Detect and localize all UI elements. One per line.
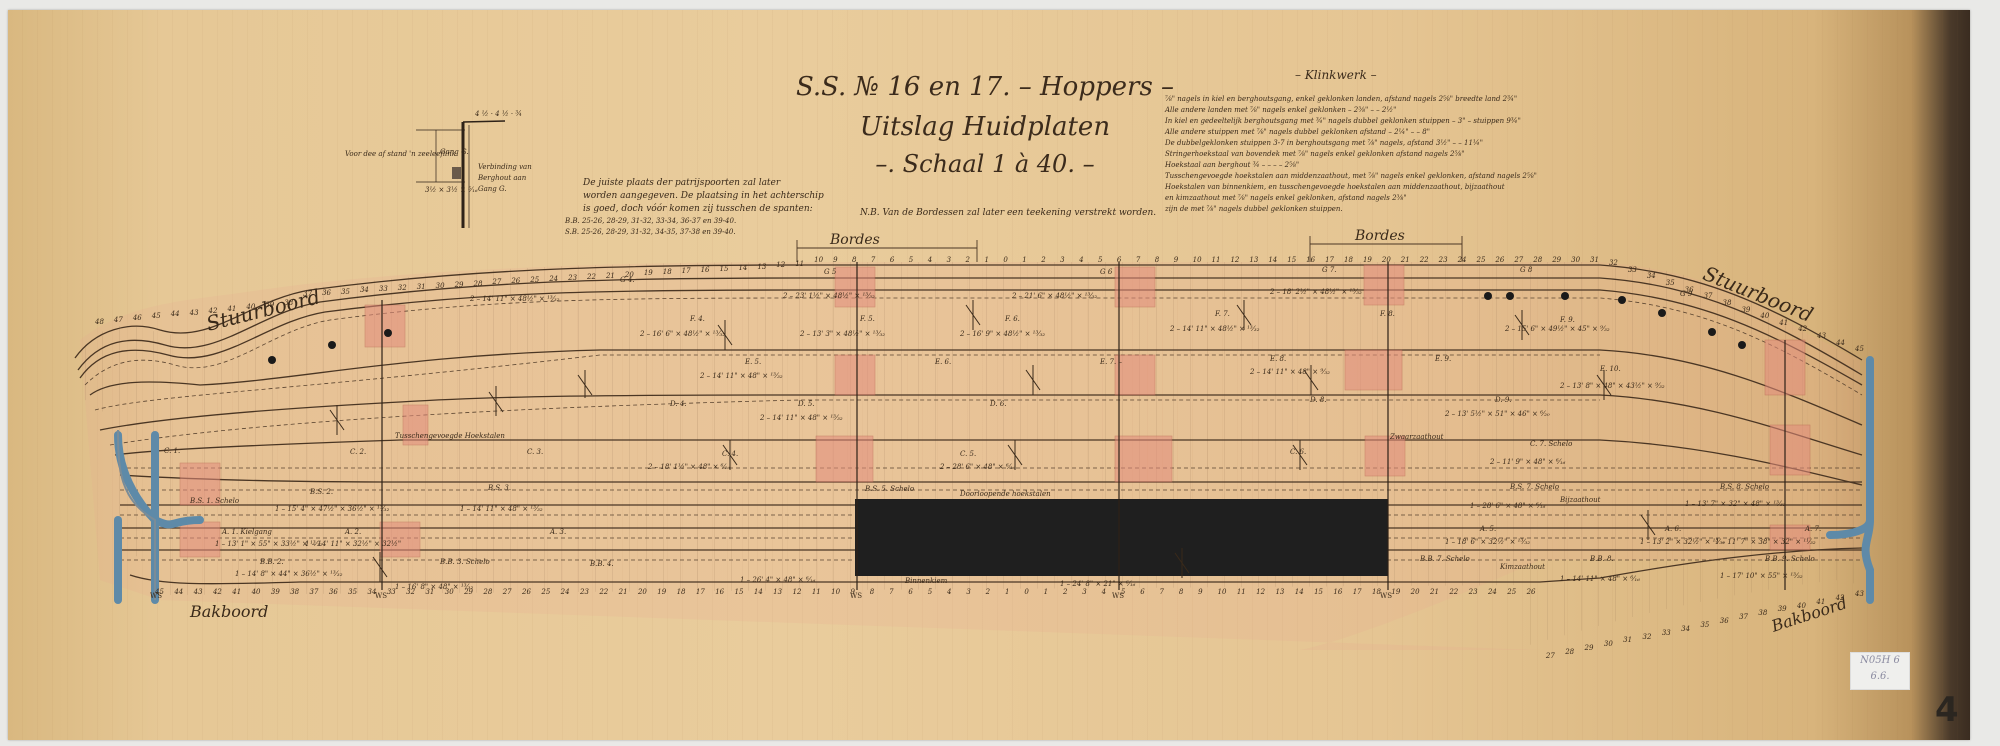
archive-label-line-1: N05H 6: [1851, 653, 1909, 669]
bordes-label-2: Bordes: [1355, 228, 1405, 244]
frame-number: 4: [1079, 256, 1083, 264]
frame-number: 9: [833, 256, 837, 264]
title-line-3: –. Schaal 1 à 40. –: [790, 150, 1180, 178]
strake-label: B.S. 2.: [310, 488, 333, 496]
frame-number: 21: [1430, 588, 1439, 596]
frame-number: 40: [246, 303, 255, 311]
strake-label: E. 10.: [1600, 365, 1621, 373]
frame-number: 23: [580, 588, 589, 596]
frame-number: 35: [1666, 279, 1675, 287]
plate-dim: 1 – 14' 8" × 44" × 36½" × ¹³⁄₃₂: [235, 570, 343, 578]
frame-number: 24: [561, 588, 570, 596]
frame-number: 7: [1136, 256, 1140, 264]
frame-number: 23: [1469, 588, 1478, 596]
frame-number: 17: [682, 267, 691, 275]
frame-number: 32: [1643, 633, 1652, 641]
frame-number: 30: [1571, 256, 1580, 264]
frame-number: 2: [966, 256, 970, 264]
frame-number: 6: [1140, 588, 1144, 596]
frame-number: 5: [1121, 588, 1125, 596]
strake-label: A. 6.: [1665, 525, 1681, 533]
frame-number: 2: [1063, 588, 1067, 596]
strake-label: E. 9.: [1435, 355, 1451, 363]
frame-number: 34: [360, 286, 369, 294]
strake-label: D. 6.: [990, 400, 1007, 408]
klinkwerk-line: Alle andere landen met ⅞" nagels enkel g…: [1165, 106, 1396, 114]
frame-number: 26: [511, 277, 520, 285]
klinkwerk-line: De dubbelgeklonken stuippen 3-7 in bergh…: [1165, 139, 1483, 147]
frame-number: 29: [1552, 256, 1561, 264]
frame-number: 38: [1723, 299, 1732, 307]
frame-number: 12: [1230, 256, 1239, 264]
frame-number: 43: [194, 588, 203, 596]
frame-number: 4: [928, 256, 932, 264]
klinkwerk-heading: – Klinkwerk –: [1295, 68, 1377, 82]
plate-dim: 2 – 18' 2½" × 48½" × ¹³⁄₃₂: [1270, 288, 1362, 296]
strake-label: E. 6.: [935, 358, 951, 366]
plate-dim: 1 – 14' 11" × 32½" × 32½": [305, 540, 401, 548]
strake-label: A. 3.: [550, 528, 566, 536]
klinkwerk-line: zijn de met ⅞" nagels dubbel geklonken s…: [1165, 205, 1343, 213]
frame-number: 0: [1024, 588, 1028, 596]
frame-number: 16: [1333, 588, 1342, 596]
plate-dim: 2 – 28' 6" × 48" × ⁶⁄₁₆: [940, 463, 1015, 471]
frame-number: 19: [1363, 256, 1372, 264]
strake-label: C. 3.: [527, 448, 543, 456]
frame-number: 10: [1218, 588, 1227, 596]
frame-number: 46: [133, 314, 142, 322]
frame-number: 17: [696, 588, 705, 596]
frame-number: 20: [638, 588, 647, 596]
frame-number: 43: [1817, 332, 1826, 340]
frame-number: 22: [1420, 256, 1429, 264]
frame-number: 31: [417, 283, 426, 291]
frame-number: 26: [522, 588, 531, 596]
strake-label: B.B. 4.: [590, 560, 614, 568]
detail-dim-top: 4 ½ · 4 ½ · ¾: [475, 110, 522, 118]
plate-dim: 2 – 13' 5½" × 51" × 46" × ⁶⁄₂₀: [1445, 410, 1550, 418]
frame-number: 41: [1779, 319, 1788, 327]
note-line: De juiste plaats der patrijspoorten zal …: [583, 178, 780, 188]
plate-dim: 2 – 14' 11" × 48" × ¹³⁄₃₂: [700, 372, 783, 380]
frame-number: 12: [793, 588, 802, 596]
frame-number: 1: [1005, 588, 1009, 596]
frame-number: 42: [209, 307, 218, 315]
strake-label: F. 7.: [1215, 310, 1230, 318]
frame-number: 33: [387, 588, 396, 596]
strake-label: F. 5.: [860, 315, 875, 323]
frame-number: 37: [310, 588, 319, 596]
frame-number: 28: [1533, 256, 1542, 264]
frame-number: 26: [1527, 588, 1536, 596]
frame-number: 9: [850, 588, 854, 596]
note-line: B.B. 25-26, 28-29, 31-32, 33-34, 36-37 e…: [565, 217, 736, 225]
strake-label: C. 6.: [1290, 448, 1306, 456]
frame-number: 22: [1449, 588, 1458, 596]
strake-label: B.B. 9. Schelo: [1765, 555, 1815, 563]
frame-number: 3: [1060, 256, 1064, 264]
plate-dim: 1 – 14' 11" × 48" × ⁶⁄₁₆: [1560, 575, 1640, 583]
frame-number: 18: [1344, 256, 1353, 264]
plate-dim: 2 – 13' 3" × 48½" × ¹³⁄₃₂: [800, 330, 885, 338]
frame-number: 7: [871, 256, 875, 264]
frame-number: 33: [1628, 266, 1637, 274]
frame-number: 27: [503, 588, 512, 596]
frame-number: 24: [1488, 588, 1497, 596]
strake-label: F. 8.: [1380, 310, 1395, 318]
frame-number: 20: [625, 271, 634, 279]
klinkwerk-line: ⅞" nagels in kiel en berghoutsgang, enke…: [1165, 95, 1517, 103]
frame-number: 8: [852, 256, 856, 264]
frame-number: 13: [757, 263, 766, 271]
frame-number: 45: [1855, 345, 1864, 353]
frame-number: 18: [677, 588, 686, 596]
frame-number: 11: [795, 260, 804, 268]
frame-number: 40: [1760, 312, 1769, 320]
frame-number: 48: [95, 318, 104, 326]
strake-label: B.B. 8.: [1590, 555, 1614, 563]
strake-label: G 8: [1520, 266, 1532, 274]
frame-number: 42: [1836, 594, 1845, 602]
frame-number: 25: [1507, 588, 1516, 596]
longitudinal-label: Bijzaathout: [1560, 496, 1600, 504]
title-line-2: Uitslag Huidplaten: [790, 112, 1180, 142]
strake-label: D. 8.: [1310, 396, 1327, 404]
frame-number: 27: [1514, 256, 1523, 264]
frame-number: 15: [1287, 256, 1296, 264]
frame-number: 41: [232, 588, 241, 596]
strake-label: B.B. 7. Schelo: [1420, 555, 1470, 563]
strake-label: E. 5.: [745, 358, 761, 366]
frame-number: 38: [1758, 609, 1767, 617]
frame-number: 38: [284, 299, 293, 307]
frame-number: 16: [1306, 256, 1315, 264]
frame-number: 40: [1797, 602, 1806, 610]
frame-number: 13: [773, 588, 782, 596]
strake-label: C. 2.: [350, 448, 366, 456]
plate-dim: 1 – 13' 2" × 32½" × ¹³⁄₃₂: [1640, 538, 1725, 546]
frame-number: 6: [908, 588, 912, 596]
frame-number: 28: [1565, 648, 1574, 656]
frame-number: 17: [1325, 256, 1334, 264]
frame-number: 41: [1816, 598, 1825, 606]
frame-number: 31: [1590, 256, 1599, 264]
frame-number: 35: [341, 288, 350, 296]
frame-number: 14: [1295, 588, 1304, 596]
frame-number: 32: [1609, 259, 1618, 267]
frame-number: 23: [568, 274, 577, 282]
frame-number: 39: [1778, 605, 1787, 613]
bordes-note: N.B. Van de Bordessen zal later een teek…: [860, 208, 1156, 218]
frame-number: 0: [1003, 256, 1007, 264]
longitudinal-label: Tusschengevoegde Hoekstalen: [395, 432, 505, 440]
longitudinal-label: Zwaarzaathout: [1390, 433, 1443, 441]
frame-number: 1: [984, 256, 988, 264]
frame-number: 26: [1495, 256, 1504, 264]
frame-number: 36: [322, 289, 331, 297]
strake-label: C. 4.: [722, 450, 738, 458]
frame-number: 11: [1212, 256, 1221, 264]
frame-number: 20: [1411, 588, 1420, 596]
klinkwerk-line: Hoekstalen van binnenkiem, en tusschenge…: [1165, 183, 1505, 191]
frame-number: 7: [1160, 588, 1164, 596]
plate-dim: 1 – 11' 7" × 38" × 32" × ¹¹⁄₃₂: [1715, 538, 1816, 546]
strake-label: E. 8.: [1270, 355, 1286, 363]
plate-dim: 2 – 13' 8" × 48" × 43½" × ⁹⁄₃₂: [1560, 382, 1665, 390]
plate-dim: 2 – 16' 6" × 48½" × ¹³⁄₃₂: [640, 330, 725, 338]
strake-label: C. 5.: [960, 450, 976, 458]
frame-number: 12: [1256, 588, 1265, 596]
frame-number: 33: [1662, 629, 1671, 637]
frame-number: 2: [1041, 256, 1045, 264]
frame-number: 5: [909, 256, 913, 264]
strake-label: D. 4.: [670, 400, 687, 408]
frame-number: 15: [1314, 588, 1323, 596]
frame-number: 27: [492, 278, 501, 286]
frame-number: 15: [735, 588, 744, 596]
frame-number: 11: [812, 588, 821, 596]
klinkwerk-line: Tusschengevoegde hoekstalen aan middenza…: [1165, 172, 1537, 180]
plate-dim: 1 – 24' 8" × 21" × ⁶⁄₁₆: [1060, 580, 1135, 588]
strake-label: D. 5.: [798, 400, 815, 408]
frame-number: 44: [171, 310, 180, 318]
frame-number: 47: [114, 316, 123, 324]
frame-number: 29: [1585, 644, 1594, 652]
plate-dim: 2 – 14' 11" × 48" × ¹³⁄₃₂: [760, 414, 843, 422]
frame-number: 8: [1179, 588, 1183, 596]
frame-number: 13: [1249, 256, 1258, 264]
strake-label: C. 1.: [164, 447, 180, 455]
frame-number: 1: [1044, 588, 1048, 596]
frame-number: 28: [483, 588, 492, 596]
frame-number: 21: [619, 588, 628, 596]
frame-number: 8: [870, 588, 874, 596]
archive-label-line-2: 6.6.: [1851, 669, 1909, 685]
frame-number: 25: [1477, 256, 1486, 264]
klinkwerk-line: Stringerhoekstaal van bovendek met ⅞" na…: [1165, 150, 1464, 158]
klinkwerk-line: Alle andere stuippen met ⅞" nagels dubbe…: [1165, 128, 1430, 136]
frame-number: 21: [606, 272, 615, 280]
frame-number: 44: [1836, 339, 1845, 347]
note-line: S.B. 25-26, 28-29, 31-32, 34-35, 37-38 e…: [565, 228, 736, 236]
frame-number: 2: [986, 588, 990, 596]
frame-number: 5: [1098, 256, 1102, 264]
plate-dim: 2 – 14' 11" × 48" × ⁹⁄₃₂: [1250, 368, 1330, 376]
black-block: [855, 499, 1388, 576]
frame-number: 3: [947, 256, 951, 264]
frame-number: 22: [587, 273, 596, 281]
detail-dim-bottom: 3½ × 3½ × ⁵⁄₁₆: [425, 186, 478, 194]
frame-number: 36: [329, 588, 338, 596]
longitudinal-label: Kimzaathout: [1500, 563, 1545, 571]
title-line-1: S.S. № 16 en 17. – Hoppers –: [790, 72, 1180, 102]
frame-number: 39: [265, 301, 274, 309]
frame-number: 37: [303, 290, 312, 298]
frame-number: 18: [1372, 588, 1381, 596]
frame-number: 11: [1237, 588, 1246, 596]
frame-number: 5: [928, 588, 932, 596]
strake-label: F. 6.: [1005, 315, 1020, 323]
frame-number: 9: [1198, 588, 1202, 596]
frame-number: 14: [1268, 256, 1277, 264]
strake-label: F. 4.: [690, 315, 705, 323]
strake-label: B.S. 7. Schelo: [1510, 483, 1559, 491]
plate-dim: 2 – 14' 11" × 48½" × ¹³⁄₃₂: [1170, 325, 1260, 333]
frame-number: 1: [1022, 256, 1026, 264]
bakboord-label-left: Bakboord: [190, 602, 268, 621]
frame-number: 35: [1700, 621, 1709, 629]
longitudinal-label: Binnenkiem: [905, 577, 947, 585]
frame-number: 45: [152, 312, 161, 320]
frame-number: 43: [1855, 590, 1864, 598]
frame-number: 19: [1391, 588, 1400, 596]
strake-label: D. 9.: [1495, 396, 1512, 404]
frame-number: 42: [213, 588, 222, 596]
frame-number: 33: [379, 285, 388, 293]
plate-dim: 1 – 18' 6" × 32½" × ¹³⁄₃₂: [1445, 538, 1530, 546]
frame-number: 29: [464, 588, 473, 596]
klinkwerk-line: en kimzaathout met ⅞" nagels enkel geklo…: [1165, 194, 1407, 202]
plate-dim: 1 – 17' 10" × 55" × ¹³⁄₃₂: [1720, 572, 1803, 580]
frame-number: 39: [271, 588, 280, 596]
strake-label: E. 7. –: [1100, 358, 1122, 366]
plate-dim: 1 – 26' 4" × 48" × ⁶⁄₁₆: [740, 576, 815, 584]
frame-number: 31: [1623, 636, 1632, 644]
frame-number: 25: [530, 276, 539, 284]
frame-number: 31: [425, 588, 434, 596]
strake-label: A. 5.: [1480, 525, 1496, 533]
strake-label: G 6: [1100, 268, 1112, 276]
ws-marker: WS: [375, 592, 387, 600]
frame-number: 24: [549, 275, 558, 283]
frame-number: 43: [190, 309, 199, 317]
plate-dim: 2 – 15' 6" × 49½" × 45" × ⁹⁄₃₂: [1505, 325, 1610, 333]
strake-label: F. 9.: [1560, 316, 1575, 324]
frame-number: 38: [290, 588, 299, 596]
frame-number: 14: [754, 588, 763, 596]
plate-dim: 2 – 18' 1½" × 48" × ⁶⁄₁₆: [648, 463, 730, 471]
klinkwerk-line: Hoekstaal aan berghout ¾ – – – – 2⅝": [1165, 161, 1299, 169]
ws-marker: WS: [1380, 592, 1392, 600]
frame-number: 18: [663, 268, 672, 276]
strake-label: A. 7.: [1805, 525, 1821, 533]
strake-label: B.S. 8. Schelo: [1720, 483, 1769, 491]
frame-number: 36: [1685, 286, 1694, 294]
frame-number: 12: [776, 261, 785, 269]
frame-number: 10: [1193, 256, 1202, 264]
detail-label-gang: Gang G.: [440, 148, 469, 156]
frame-number: 16: [715, 588, 724, 596]
frame-number: 19: [657, 588, 666, 596]
strake-label: B.S. 3.: [488, 484, 511, 492]
strake-label: B.B. 3. Schelo: [440, 558, 490, 566]
note-line: worden aangegeven. De plaatsing in het a…: [583, 191, 824, 201]
frame-number: 6: [1117, 256, 1121, 264]
frame-number: 15: [720, 265, 729, 273]
plate-dim: 2 – 14' 11" × 48½" × ¹³⁄₃₂: [470, 295, 560, 303]
frame-number: 4: [947, 588, 951, 596]
plate-dim: 1 – 14' 11" × 48" × ¹³⁄₃₂: [460, 505, 543, 513]
frame-number: 32: [398, 284, 407, 292]
frame-number: 35: [348, 588, 357, 596]
frame-number: 36: [1720, 617, 1729, 625]
frame-number: 7: [889, 588, 893, 596]
frame-number: 41: [227, 305, 236, 313]
klinkwerk-line: In kiel en gedeeltelijk berghoutsgang me…: [1165, 117, 1521, 125]
frame-number: 10: [831, 588, 840, 596]
frame-number: 23: [1439, 256, 1448, 264]
strake-label: A. 1. Kielgang: [222, 528, 272, 536]
frame-number: 34: [1681, 625, 1690, 633]
frame-number: 20: [1382, 256, 1391, 264]
plate-dim: 1 – 13' 7" × 32" × 48" × ¹³⁄₃₂: [1685, 500, 1786, 508]
frame-number: 16: [701, 266, 710, 274]
frame-number: 39: [1741, 306, 1750, 314]
frame-number: 44: [174, 588, 183, 596]
frame-number: 27: [1546, 652, 1555, 660]
longitudinal-label: Doorloopende hoekstalen: [960, 490, 1051, 498]
plate-dim: 1 – 15' 4" × 47½" × 36½" × ¹³⁄₃₂: [275, 505, 389, 513]
frame-number: 30: [436, 282, 445, 290]
detail-label-right: Verbinding van Berghout aan Gang G.: [478, 162, 538, 195]
plate-dim: 1 – 28' 6" × 48" × ⁶⁄₁₆: [1470, 502, 1545, 510]
frame-number: 30: [1604, 640, 1613, 648]
archive-label: N05H 6 6.6.: [1850, 652, 1910, 690]
frame-number: 21: [1401, 256, 1410, 264]
strake-label: G 7.: [1322, 266, 1337, 274]
strake-label: B.B. 2.: [260, 558, 284, 566]
plate-dim: 2 – 11' 9" × 48" × ⁶⁄₁₆: [1490, 458, 1565, 466]
strake-label: G 5: [824, 268, 836, 276]
frame-number: 34: [1647, 272, 1656, 280]
frame-number: 10: [814, 256, 823, 264]
note-line: is goed, doch vóór komen zij tusschen de…: [583, 204, 813, 214]
frame-number: 28: [473, 280, 482, 288]
frame-number: 6: [890, 256, 894, 264]
frame-number: 37: [1739, 613, 1748, 621]
frame-number: 45: [155, 588, 164, 596]
plate-dim: 2 – 16' 9" × 48½" × ¹³⁄₃₂: [960, 330, 1045, 338]
frame-number: 14: [738, 264, 747, 272]
frame-number: 19: [644, 269, 653, 277]
frame-number: 3: [1082, 588, 1086, 596]
strake-label: C. 7. Schelo: [1530, 440, 1572, 448]
plate-dim: 2 – 23' 1½" × 48½" × ¹³⁄₃₂: [783, 292, 875, 300]
frame-number: 22: [599, 588, 608, 596]
frame-number: 40: [252, 588, 261, 596]
frame-number: 29: [455, 281, 464, 289]
frame-number: 13: [1275, 588, 1284, 596]
frame-number: 9: [1174, 256, 1178, 264]
frame-number: 30: [445, 588, 454, 596]
strake-label: A. 2.: [345, 528, 361, 536]
frame-number: 37: [1704, 292, 1713, 300]
strake-label: B.S. 1. Schelo: [190, 497, 239, 505]
frame-number: 17: [1353, 588, 1362, 596]
frame-number: 8: [1155, 256, 1159, 264]
frame-number: 34: [368, 588, 377, 596]
plate-dim: 2 – 21' 6" × 48½" × ¹³⁄₃₂: [1012, 292, 1097, 300]
frame-number: 42: [1798, 325, 1807, 333]
frame-number: 3: [966, 588, 970, 596]
frame-number: 4: [1102, 588, 1106, 596]
bordes-label-1: Bordes: [830, 232, 880, 248]
frame-number: 25: [541, 588, 550, 596]
strake-label: B.S. 5. Schelo: [865, 485, 914, 493]
frame-number: 32: [406, 588, 415, 596]
frame-number: 24: [1458, 256, 1467, 264]
sheet-number: 4: [1935, 690, 1959, 730]
